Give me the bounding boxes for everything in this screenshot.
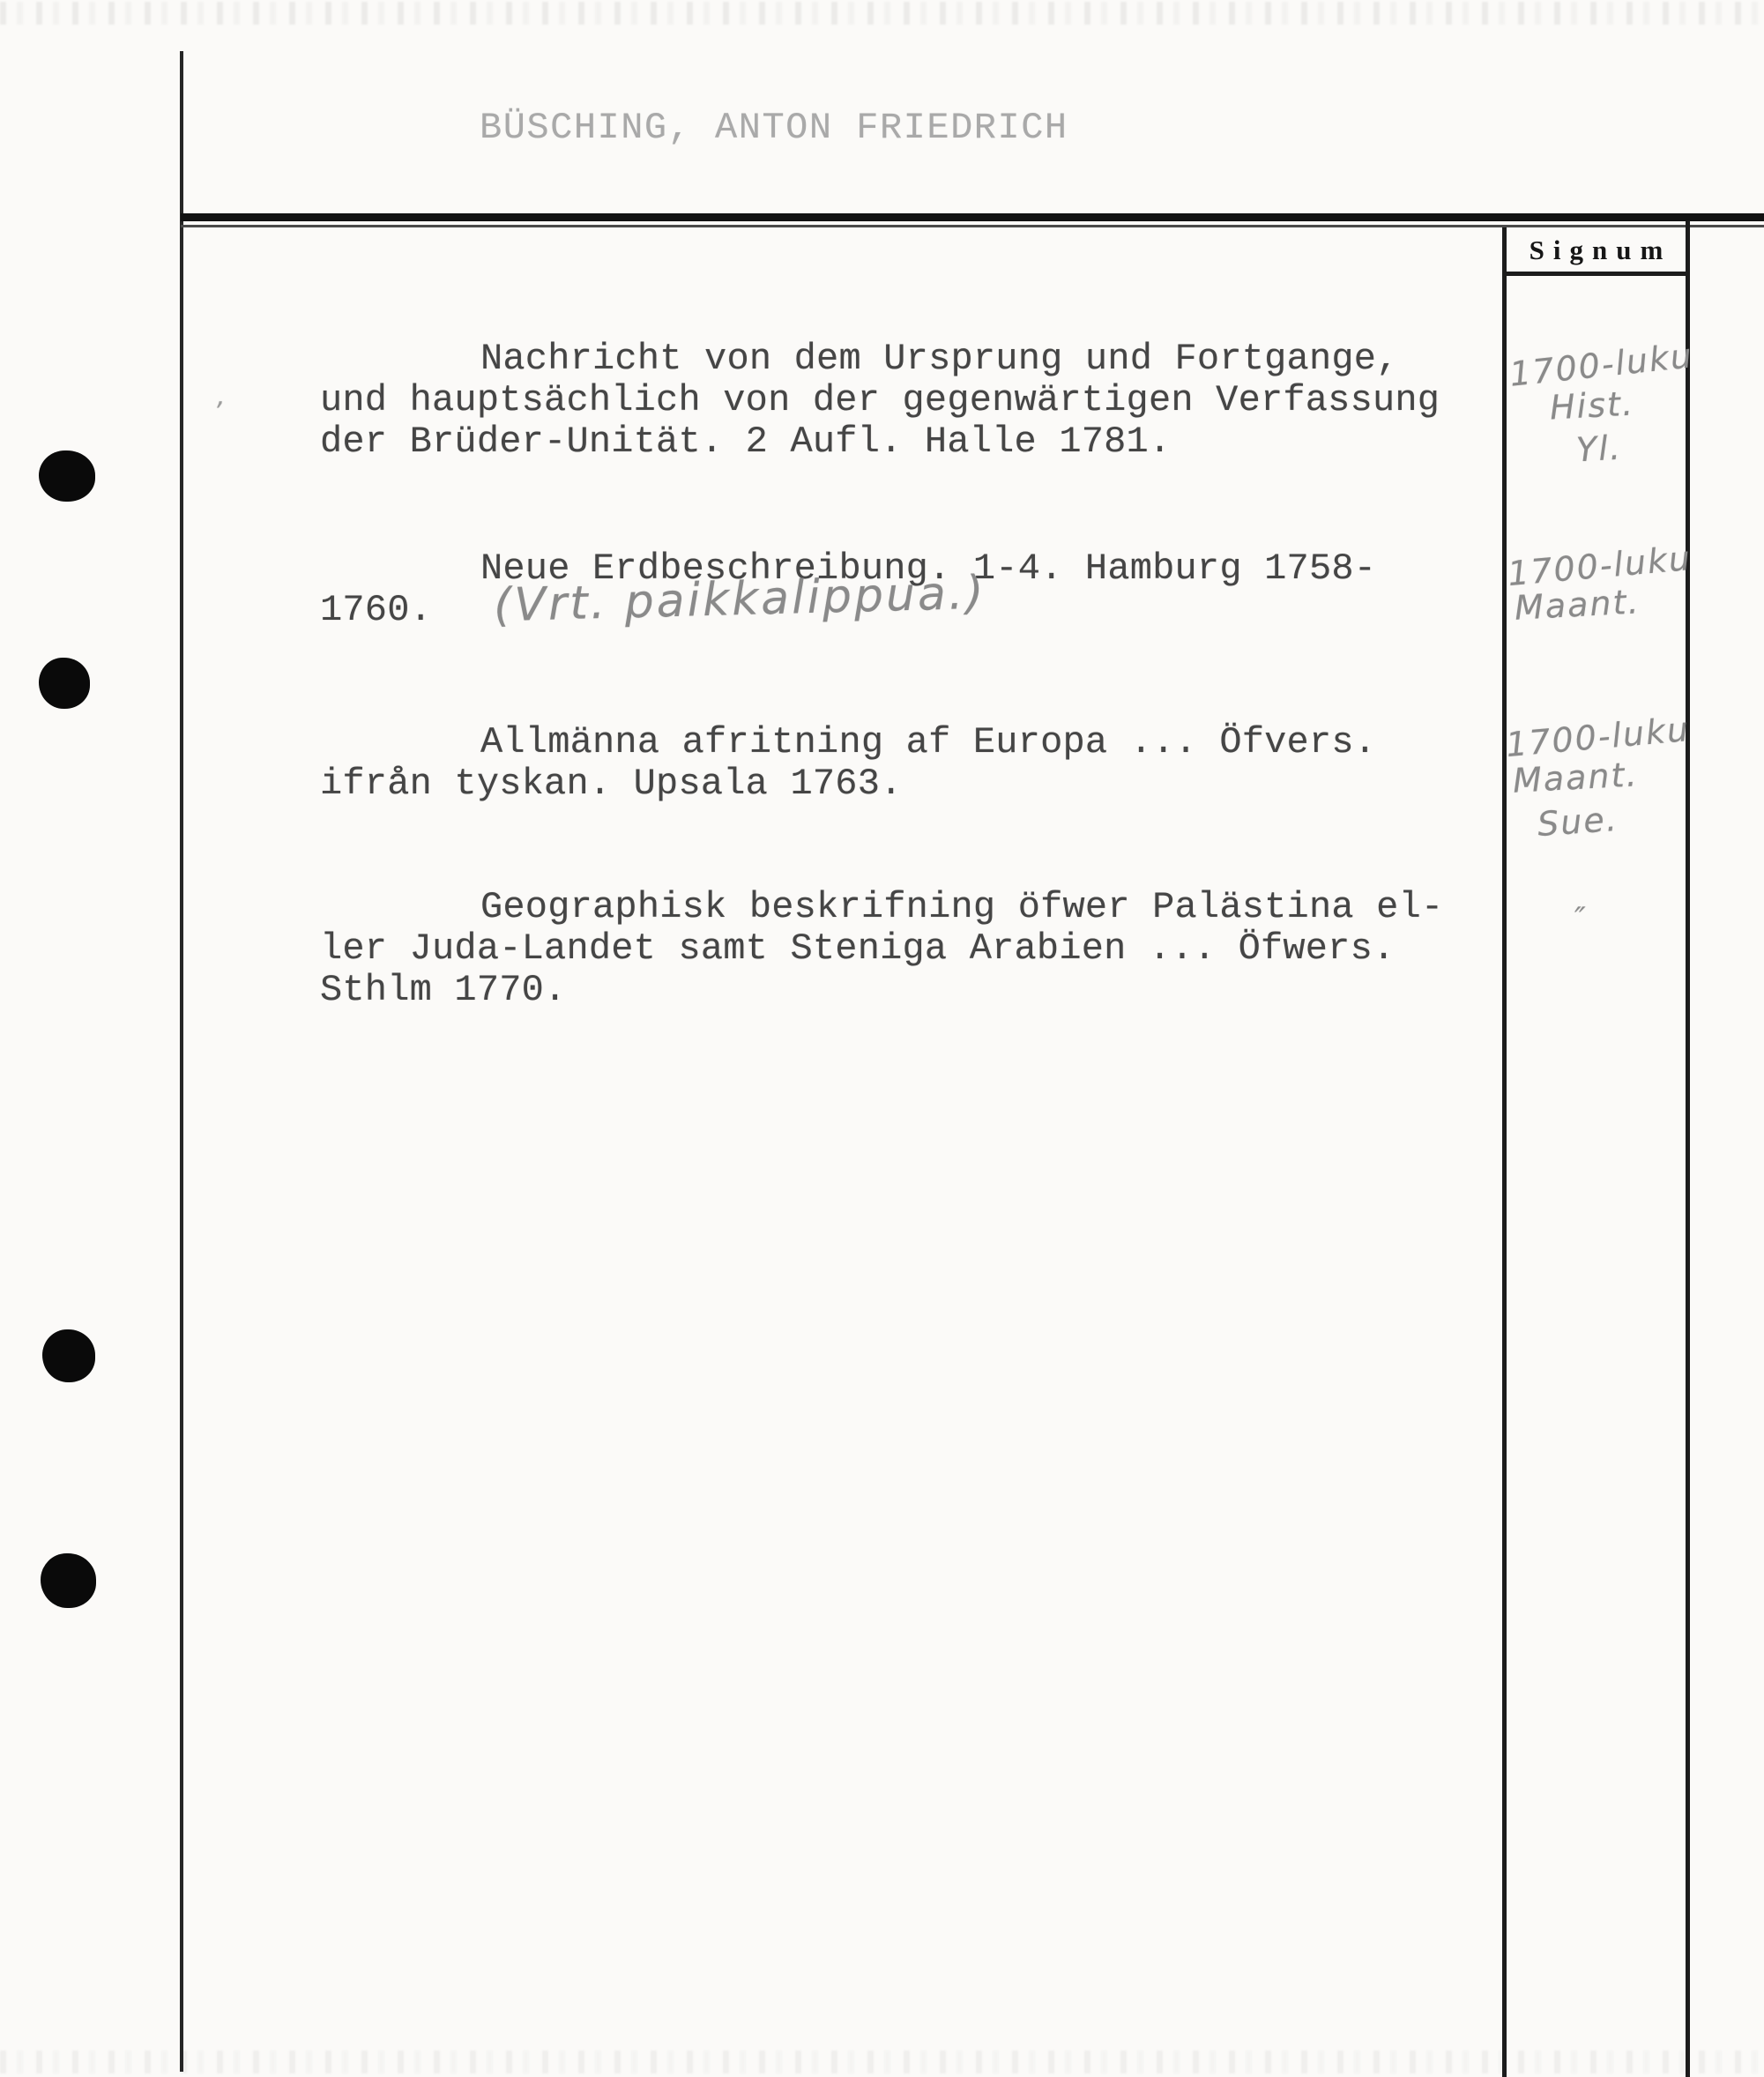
entry-line: der Brüder-Unität. 2 Aufl. Halle 1781. [320, 421, 1171, 463]
signum-header-bottom-border [1502, 272, 1690, 276]
signum-column-right-border [1686, 220, 1690, 2077]
signum-header-label: Signum [1521, 234, 1672, 266]
punch-hole [42, 1329, 95, 1382]
entry-line: Nachricht von dem Ursprung und Fortgange… [480, 339, 1399, 380]
entry-line: Sthlm 1770. [320, 970, 566, 1011]
margin-tick-mark: , [217, 381, 226, 412]
signum-column-left-border [1502, 227, 1507, 2077]
punch-hole [39, 450, 95, 502]
punch-hole [39, 658, 90, 709]
signum-header-cell: Signum [1502, 228, 1690, 272]
signum-ditto-mark: ″ [1574, 901, 1588, 936]
entry-line: Geographisk beskrifning öfwer Palästina … [480, 887, 1443, 928]
signum-note: Sue. [1537, 800, 1620, 844]
header-rule-thick [181, 213, 1764, 221]
signum-note: Yl. [1575, 428, 1623, 470]
entry-line: und hauptsächlich von der gegenwärtigen … [320, 380, 1440, 421]
entry-line: Allmänna afritning af Europa ... Öfvers. [480, 722, 1376, 763]
entry-line: ifrån tyskan. Upsala 1763. [320, 763, 903, 805]
scan-noise-bottom [0, 2051, 1764, 2073]
scan-noise-top [0, 2, 1764, 25]
signum-note: Maant. [1514, 582, 1641, 627]
header-rule-thin [181, 225, 1764, 227]
entry-line: ler Juda-Landet samt Steniga Arabien ...… [320, 928, 1395, 970]
signum-note: Maant. [1512, 755, 1640, 800]
signum-note: Hist. [1549, 384, 1635, 428]
author-heading: BÜSCHING, ANTON FRIEDRICH [480, 108, 1068, 149]
catalog-card-page: BÜSCHING, ANTON FRIEDRICH Signum , Nachr… [0, 0, 1764, 2077]
left-margin-rule [180, 51, 183, 2072]
entry-line: 1760. [320, 590, 432, 631]
punch-hole [41, 1553, 96, 1608]
